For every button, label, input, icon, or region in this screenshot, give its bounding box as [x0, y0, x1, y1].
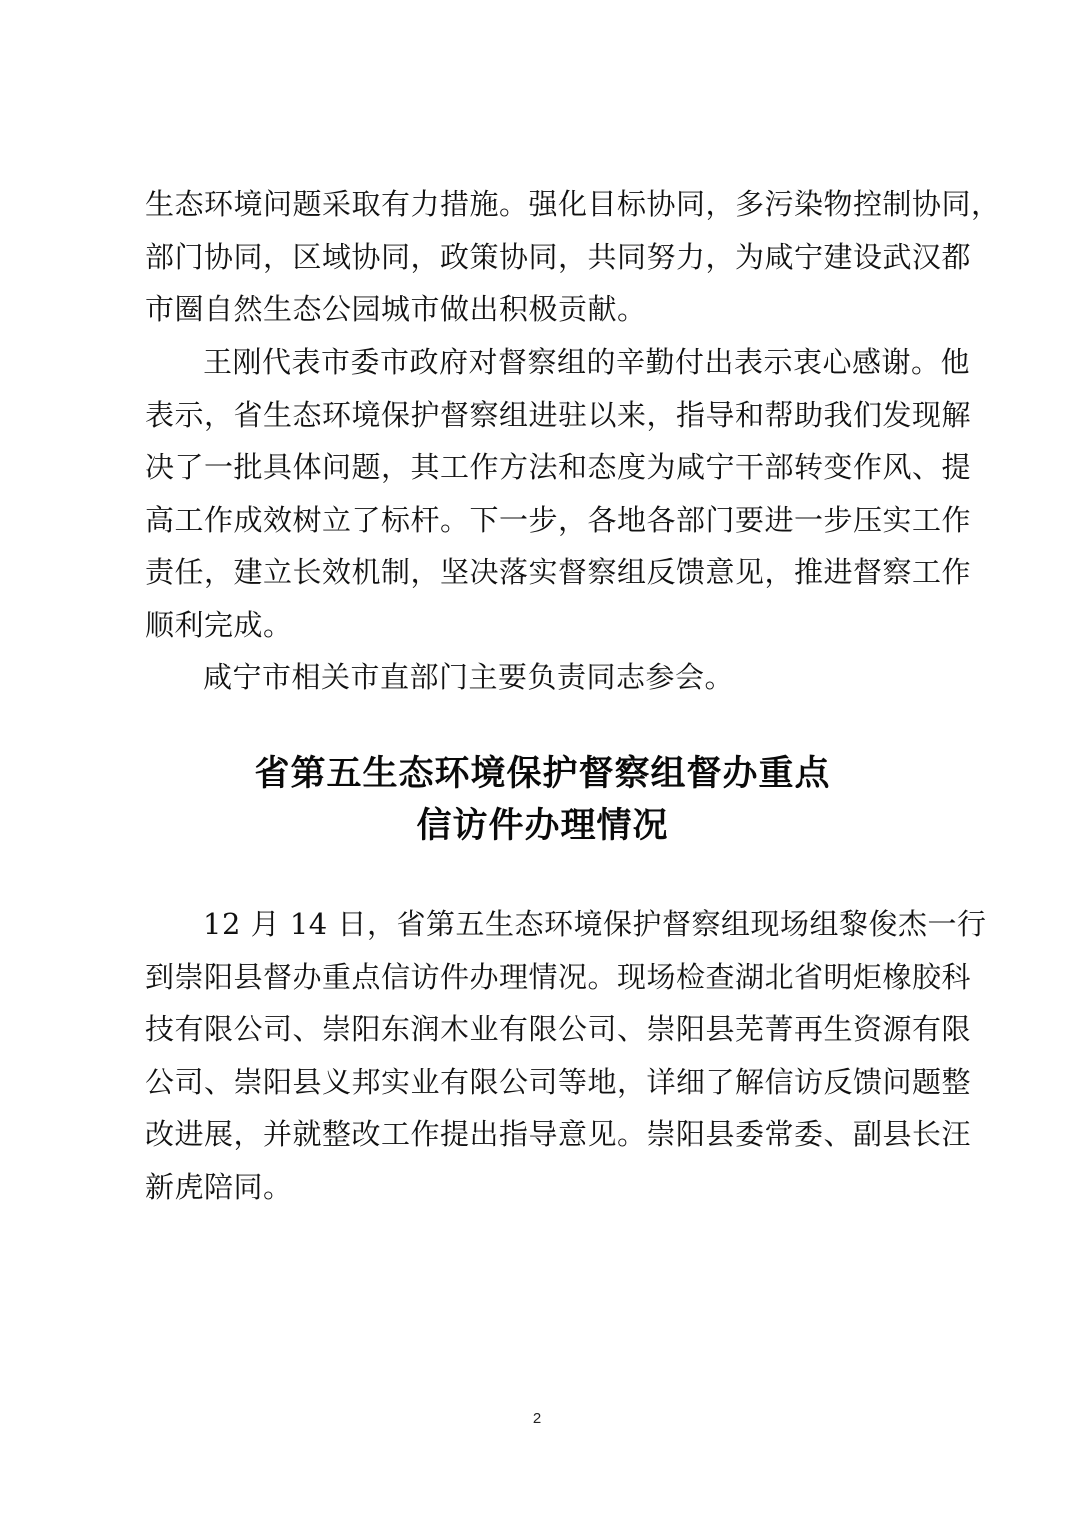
- paragraph-wang-gang-remarks: 王刚代表市委市政府对督察组的辛勤付出表示衷心感谢。他 表示，省生态环境保护督察组…: [145, 336, 940, 651]
- heading-line-1: 省第五生态环境保护督察组督办重点: [145, 748, 940, 800]
- text-line: 新虎陪同。: [145, 1161, 940, 1214]
- text-line: 公司、崇阳县义邦实业有限公司等地，详细了解信访反馈问题整: [145, 1056, 940, 1109]
- section-heading: 省第五生态环境保护督察组督办重点 信访件办理情况: [145, 748, 940, 852]
- text-line: 12 月 14 日，省第五生态环境保护督察组现场组黎俊杰一行: [145, 898, 940, 951]
- text-line: 改进展，并就整改工作提出指导意见。崇阳县委常委、副县长汪: [145, 1108, 940, 1161]
- page-number: 2: [0, 1410, 1074, 1427]
- text-line: 市圈自然生态公园城市做出积极贡献。: [145, 283, 940, 336]
- paragraph-attendees: 咸宁市相关市直部门主要负责同志参会。: [145, 651, 940, 704]
- text-line: 部门协同，区域协同，政策协同，共同努力，为咸宁建设武汉都: [145, 231, 940, 284]
- paragraph-dec14-inspection: 12 月 14 日，省第五生态环境保护督察组现场组黎俊杰一行 到崇阳县督办重点信…: [145, 898, 940, 1213]
- text-line: 到崇阳县督办重点信访件办理情况。现场检查湖北省明炬橡胶科: [145, 951, 940, 1004]
- text-line: 表示，省生态环境保护督察组进驻以来，指导和帮助我们发现解: [145, 389, 940, 442]
- text-line: 责任，建立长效机制，坚决落实督察组反馈意见，推进督察工作: [145, 546, 940, 599]
- paragraph-continuation: 生态环境问题采取有力措施。强化目标协同，多污染物控制协同， 部门协同，区域协同，…: [145, 178, 940, 336]
- heading-line-2: 信访件办理情况: [145, 800, 940, 852]
- document-page: 生态环境问题采取有力措施。强化目标协同，多污染物控制协同， 部门协同，区域协同，…: [0, 0, 1074, 1520]
- text-line: 技有限公司、崇阳东润木业有限公司、崇阳县芜菁再生资源有限: [145, 1003, 940, 1056]
- text-line: 王刚代表市委市政府对督察组的辛勤付出表示衷心感谢。他: [145, 336, 940, 389]
- text-line: 顺利完成。: [145, 599, 940, 652]
- text-line: 咸宁市相关市直部门主要负责同志参会。: [145, 651, 940, 704]
- text-line: 生态环境问题采取有力措施。强化目标协同，多污染物控制协同，: [145, 178, 940, 231]
- text-line: 高工作成效树立了标杆。下一步，各地各部门要进一步压实工作: [145, 494, 940, 547]
- text-line: 决了一批具体问题，其工作方法和态度为咸宁干部转变作风、提: [145, 441, 940, 494]
